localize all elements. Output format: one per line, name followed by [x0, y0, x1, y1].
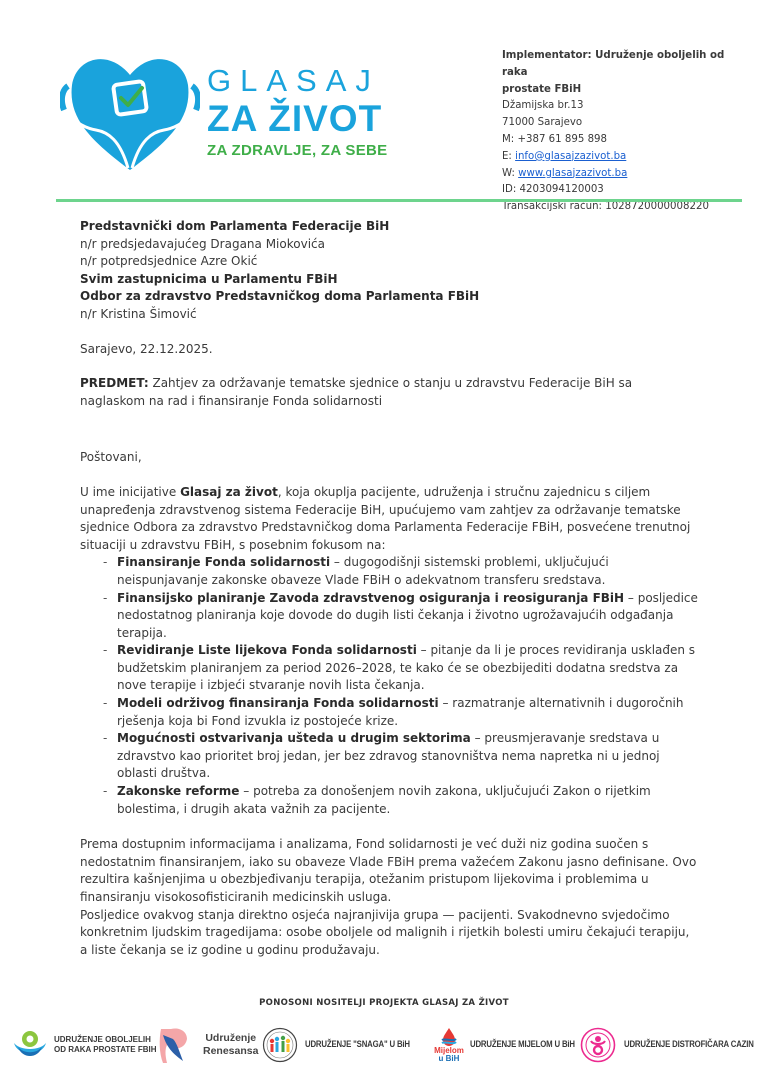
- distroficara-logo-icon: [580, 1027, 616, 1063]
- letter-body: Predstavnički dom Parlamenta Federacije …: [80, 218, 700, 959]
- subject-text: Zahtjev za održavanje tematske sjednice …: [80, 376, 632, 408]
- partner-logos: UDRUŽENJE OBOLJELIH OD RAKA PROSTATE FBI…: [12, 1020, 762, 1070]
- subject-label: PREDMET:: [80, 376, 149, 390]
- implementor-web-row: W: www.glasajzazivot.ba: [502, 166, 742, 183]
- paragraph-funding: Prema dostupnim informacijama i analizam…: [80, 836, 700, 906]
- intro-paragraph: U ime inicijative Glasaj za život, koja …: [80, 484, 700, 554]
- implementor-info: Implementator: Udruženje oboljelih od ra…: [502, 48, 742, 216]
- footer-title: PONOSONI NOSITELJI PROJEKTA GLASAJ ZA ŽI…: [0, 998, 768, 1008]
- letter-date: Sarajevo, 22.12.2025.: [80, 341, 700, 359]
- glasaj-za-zivot-logo: GLASAJ ZA ŽIVOT ZA ZDRAVLJE, ZA SEBE: [60, 40, 390, 180]
- dash-bullet-icon: -: [103, 730, 107, 748]
- renesansa-logo-icon: [157, 1025, 189, 1065]
- implementor-city: 71000 Sarajevo: [502, 115, 742, 132]
- partner-mijelom: Mijelom u BiH UDRUŽENJE MIJELOM U BiH: [432, 1020, 598, 1070]
- greeting: Poštovani,: [80, 449, 700, 467]
- partner-renesansa: Udruženje Renesansa: [157, 1020, 258, 1070]
- dash-bullet-icon: -: [103, 590, 107, 608]
- partner-prostate-association: UDRUŽENJE OBOLJELIH OD RAKA PROSTATE FBI…: [12, 1020, 157, 1070]
- implementor-id: ID: 4203094120003: [502, 182, 742, 199]
- logo-wordmark: GLASAJ ZA ŽIVOT ZA ZDRAVLJE, ZA SEBE: [207, 64, 387, 160]
- recipient-line: Odbor za zdravstvo Predstavničkog doma P…: [80, 288, 700, 306]
- snaga-logo-icon: [262, 1027, 298, 1063]
- implementor-name-cont: prostate FBiH: [502, 82, 742, 99]
- implementor-name: Implementator: Udruženje oboljelih od ra…: [502, 48, 742, 82]
- paragraph-consequences: Posljedice ovakvog stanja direktno osjeć…: [80, 907, 700, 960]
- mijelom-logo-text: u BiH: [439, 1055, 460, 1063]
- list-item: -Modeli održivog finansiranja Fonda soli…: [80, 695, 700, 730]
- partner-label: UDRUŽENJE OBOLJELIH OD RAKA PROSTATE FBI…: [54, 1035, 157, 1055]
- partner-label: Udruženje Renesansa: [203, 1032, 258, 1058]
- partner-label-line: Renesansa: [203, 1045, 258, 1058]
- partner-label: UDRUŽENJE "SNAGA" U BiH: [305, 1040, 410, 1050]
- recipient-line: Svim zastupnicima u Parlamentu FBiH: [80, 271, 700, 289]
- partner-label: UDRUŽENJE DISTROFIČARA CAZIN: [624, 1040, 754, 1050]
- initiative-name: Glasaj za život: [180, 485, 278, 499]
- email-label: E:: [502, 151, 515, 162]
- prostate-association-logo-icon: [12, 1027, 48, 1063]
- partner-label-line: OD RAKA PROSTATE FBIH: [54, 1045, 157, 1055]
- recipient-line: n/r Kristina Šimović: [80, 306, 700, 324]
- recipient-line: n/r potpredsjednice Azre Okić: [80, 253, 700, 271]
- partner-snaga: UDRUŽENJE "SNAGA" U BiH: [262, 1020, 433, 1070]
- topic-title: Modeli održivog finansiranja Fonda solid…: [117, 696, 439, 710]
- web-label: W:: [502, 168, 518, 179]
- partner-label-line: Udruženje: [203, 1032, 258, 1045]
- implementor-phone: M: +387 61 895 898: [502, 132, 742, 149]
- recipient-line: n/r predsjedavajućeg Dragana Miokovića: [80, 236, 700, 254]
- dash-bullet-icon: -: [103, 642, 107, 660]
- list-item: -Finansiranje Fonda solidarnosti – dugog…: [80, 554, 700, 589]
- partner-label-line: UDRUŽENJE OBOLJELIH: [54, 1035, 157, 1045]
- list-item: -Revidiranje Liste lijekova Fonda solida…: [80, 642, 700, 695]
- web-link[interactable]: www.glasajzazivot.ba: [518, 168, 627, 179]
- partner-distroficara: UDRUŽENJE DISTROFIČARA CAZIN: [580, 1020, 768, 1070]
- list-item: -Finansijsko planiranje Zavoda zdravstve…: [80, 590, 700, 643]
- header-divider: [56, 199, 742, 202]
- implementor-email-row: E: info@glasajzazivot.ba: [502, 149, 742, 166]
- mijelom-logo-icon: Mijelom u BiH: [432, 1027, 466, 1063]
- implementor-street: Džamijska br.13: [502, 98, 742, 115]
- list-item: -Mogućnosti ostvarivanja ušteda u drugim…: [80, 730, 700, 783]
- dash-bullet-icon: -: [103, 695, 107, 713]
- logo-line-2: ZA ŽIVOT: [207, 100, 387, 138]
- topics-list: -Finansiranje Fonda solidarnosti – dugog…: [80, 554, 700, 818]
- topic-title: Finansiranje Fonda solidarnosti: [117, 555, 330, 569]
- heart-hands-checkbox-icon: [60, 40, 200, 180]
- logo-line-1: GLASAJ: [207, 64, 387, 98]
- dash-bullet-icon: -: [103, 783, 107, 801]
- drop-icon: [439, 1027, 459, 1047]
- subject-line: PREDMET: Zahtjev za održavanje tematske …: [80, 375, 700, 410]
- recipient-line: Predstavnički dom Parlamenta Federacije …: [80, 218, 700, 236]
- list-item: -Zakonske reforme – potreba za donošenje…: [80, 783, 700, 818]
- dash-bullet-icon: -: [103, 554, 107, 572]
- intro-before: U ime inicijative: [80, 485, 180, 499]
- partner-label: UDRUŽENJE MIJELOM U BiH: [470, 1040, 575, 1050]
- topic-title: Finansijsko planiranje Zavoda zdravstven…: [117, 591, 624, 605]
- email-link[interactable]: info@glasajzazivot.ba: [515, 151, 626, 162]
- logo-tagline: ZA ZDRAVLJE, ZA SEBE: [207, 142, 387, 160]
- topic-title: Zakonske reforme: [117, 784, 239, 798]
- recipients-block: Predstavnički dom Parlamenta Federacije …: [80, 218, 700, 324]
- topic-title: Revidiranje Liste lijekova Fonda solidar…: [117, 643, 417, 657]
- topic-title: Mogućnosti ostvarivanja ušteda u drugim …: [117, 731, 471, 745]
